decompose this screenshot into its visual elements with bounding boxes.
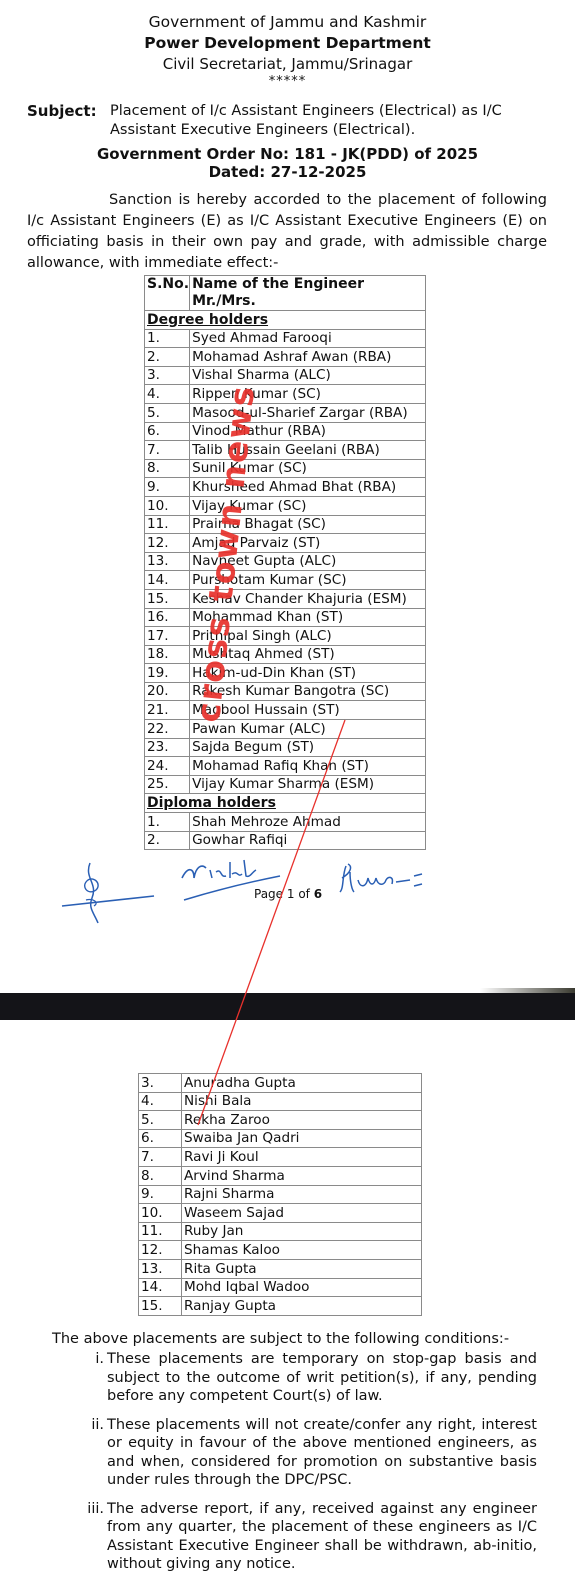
row-engineer-name: Sajda Begum (ST) (190, 738, 426, 757)
table-row: 15.Keshav Chander Khajuria (ESM) (145, 589, 426, 608)
condition-text: The adverse report, if any, received aga… (107, 1501, 537, 1573)
table-row: 15.Ranjay Gupta (139, 1297, 422, 1316)
row-sno: 21. (145, 701, 190, 720)
table-row: 5.Rekha Zaroo (139, 1111, 422, 1130)
table-row: 1.Syed Ahmad Farooqi (145, 329, 426, 348)
table-row: 19.Hakim-ud-Din Khan (ST) (145, 664, 426, 683)
row-sno: 2. (145, 831, 190, 850)
table-row: 4.Nishi Bala (139, 1092, 422, 1111)
row-engineer-name: Syed Ahmad Farooqi (190, 329, 426, 348)
table-row: 22.Pawan Kumar (ALC) (145, 720, 426, 739)
row-sno: 9. (145, 478, 190, 497)
row-sno: 17. (145, 627, 190, 646)
row-sno: 11. (145, 515, 190, 534)
table-row: 24.Mohamad Rafiq Khan (ST) (145, 757, 426, 776)
row-engineer-name: Mohamad Ashraf Awan (RBA) (190, 348, 426, 367)
row-sno: 13. (139, 1259, 182, 1278)
table-row: 6.Vinod Mathur (RBA) (145, 422, 426, 441)
row-sno: 25. (145, 775, 190, 794)
row-sno: 5. (139, 1111, 182, 1130)
engineers-table-page-1: S.No. Name of the Engineer Mr./Mrs. Degr… (144, 275, 426, 850)
table-row: 5.Masood-ul-Sharief Zargar (RBA) (145, 403, 426, 422)
row-engineer-name: Rita Gupta (182, 1259, 422, 1278)
table-row: 11.Ruby Jan (139, 1222, 422, 1241)
row-engineer-name: Mohd Iqbal Wadoo (182, 1278, 422, 1297)
row-sno: 3. (145, 366, 190, 385)
subject-label: Subject: (27, 102, 97, 120)
row-sno: 1. (145, 813, 190, 832)
table-section-row: Degree holders (145, 311, 426, 330)
row-engineer-name: Vijay Kumar Sharma (ESM) (190, 775, 426, 794)
table-row: 17.Prithipal Singh (ALC) (145, 627, 426, 646)
table-row: 23.Sajda Begum (ST) (145, 738, 426, 757)
row-engineer-name: Nishi Bala (182, 1092, 422, 1111)
table-row: 7.Talib Hussain Geelani (RBA) (145, 441, 426, 460)
row-sno: 13. (145, 552, 190, 571)
row-engineer-name: Ranjay Gupta (182, 1297, 422, 1316)
conditions-intro: The above placements are subject to the … (52, 1329, 509, 1349)
order-number: Government Order No: 181 - JK(PDD) of 20… (0, 145, 575, 164)
row-sno: 20. (145, 682, 190, 701)
table-row: 8.Sunil Kumar (SC) (145, 459, 426, 478)
table-row: 4.Rippen Kumar (SC) (145, 385, 426, 404)
row-sno: 8. (145, 459, 190, 478)
table-row: 9.Khursheed Ahmad Bhat (RBA) (145, 478, 426, 497)
row-sno: 1. (145, 329, 190, 348)
condition-item: iii.The adverse report, if any, received… (82, 1500, 537, 1574)
row-engineer-name: Swaiba Jan Qadri (182, 1129, 422, 1148)
row-sno: 12. (139, 1241, 182, 1260)
row-engineer-name: Ravi Ji Koul (182, 1148, 422, 1167)
government-title: Government of Jammu and Kashmir (0, 12, 575, 32)
table-row: 14.Purshotam Kumar (SC) (145, 571, 426, 590)
section-label: Degree holders (145, 311, 426, 330)
row-engineer-name: Anuradha Gupta (182, 1074, 422, 1093)
table-row: 10.Waseem Sajad (139, 1204, 422, 1223)
table-row: 25.Vijay Kumar Sharma (ESM) (145, 775, 426, 794)
table-row: 13.Rita Gupta (139, 1259, 422, 1278)
row-sno: 18. (145, 645, 190, 664)
header-name: Name of the Engineer Mr./Mrs. (190, 276, 426, 311)
row-sno: 11. (139, 1222, 182, 1241)
row-sno: 22. (145, 720, 190, 739)
row-sno: 9. (139, 1185, 182, 1204)
row-engineer-name: Rajni Sharma (182, 1185, 422, 1204)
condition-text: These placements will not create/confer … (107, 1417, 537, 1489)
row-sno: 15. (139, 1297, 182, 1316)
signature-3-icon (338, 862, 428, 897)
row-sno: 10. (139, 1204, 182, 1223)
row-sno: 10. (145, 496, 190, 515)
row-engineer-name: Waseem Sajad (182, 1204, 422, 1223)
condition-item: i.These placements are temporary on stop… (82, 1350, 537, 1406)
row-engineer-name: Arvind Sharma (182, 1166, 422, 1185)
row-sno: 4. (145, 385, 190, 404)
table-row: 20.Rakesh Kumar Bangotra (SC) (145, 682, 426, 701)
row-engineer-name: Shah Mehroze Ahmad (190, 813, 426, 832)
table-row: 2.Mohamad Ashraf Awan (RBA) (145, 348, 426, 367)
subject-text: Placement of I/c Assistant Engineers (El… (110, 102, 548, 140)
row-engineer-name: Rekha Zaroo (182, 1111, 422, 1130)
row-engineer-name: Mohamad Rafiq Khan (ST) (190, 757, 426, 776)
row-engineer-name: Shamas Kaloo (182, 1241, 422, 1260)
row-sno: 3. (139, 1074, 182, 1093)
table-row: 16.Mohammad Khan (ST) (145, 608, 426, 627)
table-row: 18.Mushtaq Ahmed (ST) (145, 645, 426, 664)
table-row: 10.Vijay Kumar (SC) (145, 496, 426, 515)
row-sno: 14. (145, 571, 190, 590)
table-row: 9.Rajni Sharma (139, 1185, 422, 1204)
department-title: Power Development Department (0, 33, 575, 53)
header-sno: S.No. (145, 276, 190, 311)
row-sno: 6. (145, 422, 190, 441)
row-sno: 4. (139, 1092, 182, 1111)
table-row: 2.Gowhar Rafiqi (145, 831, 426, 850)
section-label: Diploma holders (145, 794, 426, 813)
table-row: 14.Mohd Iqbal Wadoo (139, 1278, 422, 1297)
row-sno: 15. (145, 589, 190, 608)
condition-item: ii.These placements will not create/conf… (82, 1416, 537, 1490)
row-sno: 19. (145, 664, 190, 683)
row-sno: 8. (139, 1166, 182, 1185)
table-row: 13.Navneet Gupta (ALC) (145, 552, 426, 571)
condition-number: i. (82, 1350, 104, 1369)
table-row: 3.Anuradha Gupta (139, 1074, 422, 1093)
table-row: 11.Prairna Bhagat (SC) (145, 515, 426, 534)
table-row: 12.Amjad Parvaiz (ST) (145, 534, 426, 553)
table-row: 7.Ravi Ji Koul (139, 1148, 422, 1167)
signature-1-icon (58, 858, 158, 928)
row-engineer-name: Ruby Jan (182, 1222, 422, 1241)
sanction-paragraph: Sanction is hereby accorded to the place… (27, 190, 547, 274)
order-date: Dated: 27-12-2025 (0, 163, 575, 182)
table-row: 21.Maqbool Hussain (ST) (145, 701, 426, 720)
table-row: 6.Swaiba Jan Qadri (139, 1129, 422, 1148)
condition-number: ii. (82, 1416, 104, 1435)
table-row: 8.Arvind Sharma (139, 1166, 422, 1185)
page-break-band (0, 993, 575, 1020)
row-sno: 24. (145, 757, 190, 776)
page-number-prefix: Page 1 of (254, 887, 314, 901)
table-row: 1.Shah Mehroze Ahmad (145, 813, 426, 832)
page-number-total: 6 (314, 887, 322, 901)
row-sno: 16. (145, 608, 190, 627)
engineers-table-page-2: 3.Anuradha Gupta4.Nishi Bala5.Rekha Zaro… (138, 1073, 422, 1316)
conditions-list: i.These placements are temporary on stop… (82, 1350, 537, 1579)
row-sno: 12. (145, 534, 190, 553)
row-engineer-name: Gowhar Rafiqi (190, 831, 426, 850)
condition-number: iii. (82, 1500, 104, 1519)
row-sno: 23. (145, 738, 190, 757)
table-row: 12.Shamas Kaloo (139, 1241, 422, 1260)
row-sno: 7. (145, 441, 190, 460)
row-sno: 7. (139, 1148, 182, 1167)
row-sno: 2. (145, 348, 190, 367)
secretariat-address: Civil Secretariat, Jammu/Srinagar (0, 54, 575, 74)
row-sno: 6. (139, 1129, 182, 1148)
table-row: 3.Vishal Sharma (ALC) (145, 366, 426, 385)
page-number: Page 1 of 6 (254, 887, 322, 901)
header-separator: ***** (0, 72, 575, 92)
condition-text: These placements are temporary on stop-g… (107, 1351, 537, 1404)
table-section-row: Diploma holders (145, 794, 426, 813)
row-sno: 14. (139, 1278, 182, 1297)
table-header-row: S.No. Name of the Engineer Mr./Mrs. (145, 276, 426, 311)
row-sno: 5. (145, 403, 190, 422)
